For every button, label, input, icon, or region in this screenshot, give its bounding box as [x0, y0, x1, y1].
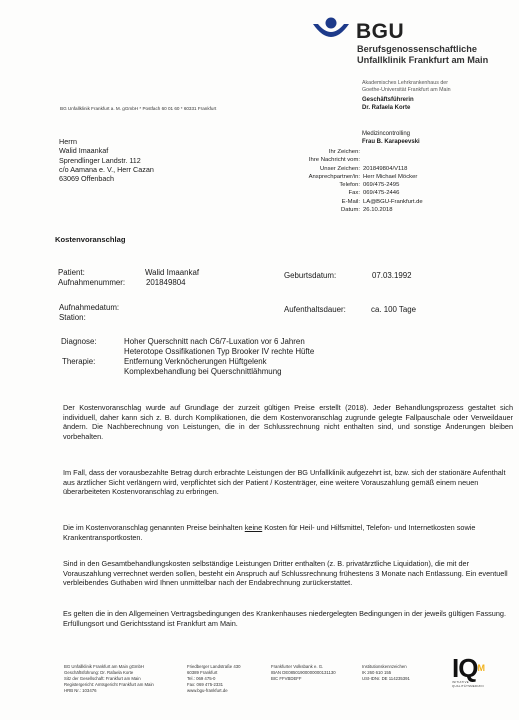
reference-label: E-Mail:: [240, 198, 363, 206]
reference-value: 26.10.2018: [363, 206, 392, 214]
diagnosis-label: Diagnose:: [61, 337, 97, 347]
reference-row: Ansprechpartner/in:Herr Michael Möcker: [240, 173, 423, 181]
reference-label: Telefon:: [240, 181, 363, 189]
management-label: Geschäftsführerin: [362, 96, 414, 104]
reference-row: Datum:26.10.2018: [240, 206, 423, 214]
birthdate-value: 07.03.1992: [372, 271, 412, 281]
therapy-line1: Entfernung Verknöcherungen Hüftgelenk: [124, 357, 267, 367]
stay-value: ca. 100 Tage: [371, 305, 416, 315]
footer-company: BG Unfallklinik Frankfurt am Main gGmbH …: [64, 664, 154, 694]
reference-label: Unser Zeichen:: [240, 165, 363, 173]
clinic-name-line1: Berufsgenossenschaftliche: [357, 44, 488, 55]
document-title: Kostenvoranschlag: [55, 235, 125, 244]
exclusions-emphasis: keine: [245, 523, 262, 532]
reference-label: Ihre Nachricht vom:: [240, 156, 363, 164]
paragraph-third-party: Sind in den Gesamtbehandlungskosten selb…: [63, 559, 513, 588]
recipient-city: 63069 Offenbach: [59, 174, 154, 183]
reference-row: Telefon:069/475-2495: [240, 181, 423, 189]
clinic-name-line2: Unfallklinik Frankfurt am Main: [357, 55, 488, 66]
affiliation-line1: Akademisches Lehrkrankenhaus der: [362, 80, 451, 87]
bgu-logo-text: BGU: [356, 21, 404, 43]
reference-label: Ihr Zeichen:: [240, 148, 363, 156]
therapy-line2: Komplexbehandlung bei Querschnittlähmung: [124, 367, 281, 377]
management-name: Dr. Rafaela Korte: [362, 104, 414, 112]
paragraph-exclusions: Die im Kostenvoranschlag genannten Preis…: [63, 523, 513, 542]
exclusions-text-before: Die im Kostenvoranschlag genannten Preis…: [63, 523, 245, 532]
recipient-street: Sprendlinger Landstr. 112: [59, 156, 154, 165]
stay-label: Aufenthaltsdauer:: [284, 305, 346, 315]
footer-line: HRB Nr.: 103476: [64, 688, 154, 694]
reference-row: Ihre Nachricht vom:: [240, 156, 423, 164]
footer-website-link[interactable]: www.bgu-frankfurt.de: [187, 688, 241, 694]
reference-row: Unser Zeichen:201849804/V118: [240, 165, 423, 173]
recipient-name: Walid Imaankaf: [59, 146, 154, 155]
affiliation-line2: Goethe-Universität Frankfurt am Main: [362, 87, 451, 94]
reference-row: E-Mail:LA@BGU-Frankfurt.de: [240, 198, 423, 206]
bgu-logo-icon: [311, 16, 351, 46]
diagnosis-line1: Hoher Querschnitt nach C6/7-Luxation vor…: [124, 337, 305, 347]
footer-line: USt-IDNr. DE 114235391: [362, 676, 410, 682]
patient-value: Walid Imaankaf: [145, 268, 199, 278]
recipient-co: c/o Aamana e. V., Herr Cazan: [59, 165, 154, 174]
department-name: Medizincontrolling: [362, 130, 420, 138]
reference-block: Ihr Zeichen: Ihre Nachricht vom: Unser Z…: [240, 148, 423, 214]
admission-date-label: Aufnahmedatum:: [59, 303, 119, 313]
iqm-logo: IQM INITIATIVE QUALITÄTSMEDIZIN: [452, 655, 484, 688]
admission-number-label: Aufnahmenummer:: [58, 278, 125, 288]
management: Geschäftsführerin Dr. Rafaela Korte: [362, 96, 414, 112]
reference-row: Fax:069/475-2446: [240, 189, 423, 197]
sender-line: BG Unfallklinik Frankfurt a. M. gGmbH * …: [60, 106, 216, 111]
paragraph-price-basis: Der Kostenvoranschlag wurde auf Grundlag…: [63, 403, 513, 441]
affiliation: Akademisches Lehrkrankenhaus der Goethe-…: [362, 80, 451, 94]
iqm-logo-text: IQ: [452, 653, 477, 683]
footer-bank: Frankfurter Volksbank e. G. IBAN DE08501…: [271, 664, 336, 682]
department: Medizincontrolling Frau B. Karapeevski: [362, 130, 420, 147]
reference-value: 069/475-2446: [363, 189, 399, 197]
recipient-salutation: Herrn: [59, 137, 154, 146]
station-label: Station:: [59, 313, 86, 323]
admission-number-value: 201849804: [146, 278, 186, 288]
footer-ids: Institutionskennzeichen IK 260 610 155 U…: [362, 664, 410, 682]
recipient-address: Herrn Walid Imaankaf Sprendlinger Landst…: [59, 137, 154, 183]
reference-value: 069/475-2495: [363, 181, 399, 189]
reference-label: Datum:: [240, 206, 363, 214]
birthdate-label: Geburtsdatum:: [284, 271, 336, 281]
reference-label: Ansprechpartner/in:: [240, 173, 363, 181]
patient-label: Patient:: [58, 268, 85, 278]
therapy-label: Therapie:: [62, 357, 95, 367]
paragraph-prepayment: Im Fall, dass der vorausbezahlte Betrag …: [63, 468, 513, 497]
footer-address: Friedberger Landstraße 430 60389 Frankfu…: [187, 664, 241, 694]
department-person: Frau B. Karapeevski: [362, 138, 420, 146]
reference-value[interactable]: LA@BGU-Frankfurt.de: [363, 198, 423, 206]
reference-value: 201849804/V118: [363, 165, 407, 173]
reference-row: Ihr Zeichen:: [240, 148, 423, 156]
clinic-name: Berufsgenossenschaftliche Unfallklinik F…: [357, 44, 488, 66]
footer-line: BIC FFVBDEFF: [271, 676, 336, 682]
diagnosis-line2: Heterotope Ossifikationen Typ Brooker IV…: [124, 347, 314, 357]
paragraph-terms: Es gelten die in den Allgemeinen Vertrag…: [63, 609, 513, 628]
reference-value: Herr Michael Möcker: [363, 173, 417, 181]
iqm-logo-sup: M: [477, 663, 484, 673]
reference-label: Fax:: [240, 189, 363, 197]
iqm-tagline2: QUALITÄTSMEDIZIN: [452, 685, 484, 689]
